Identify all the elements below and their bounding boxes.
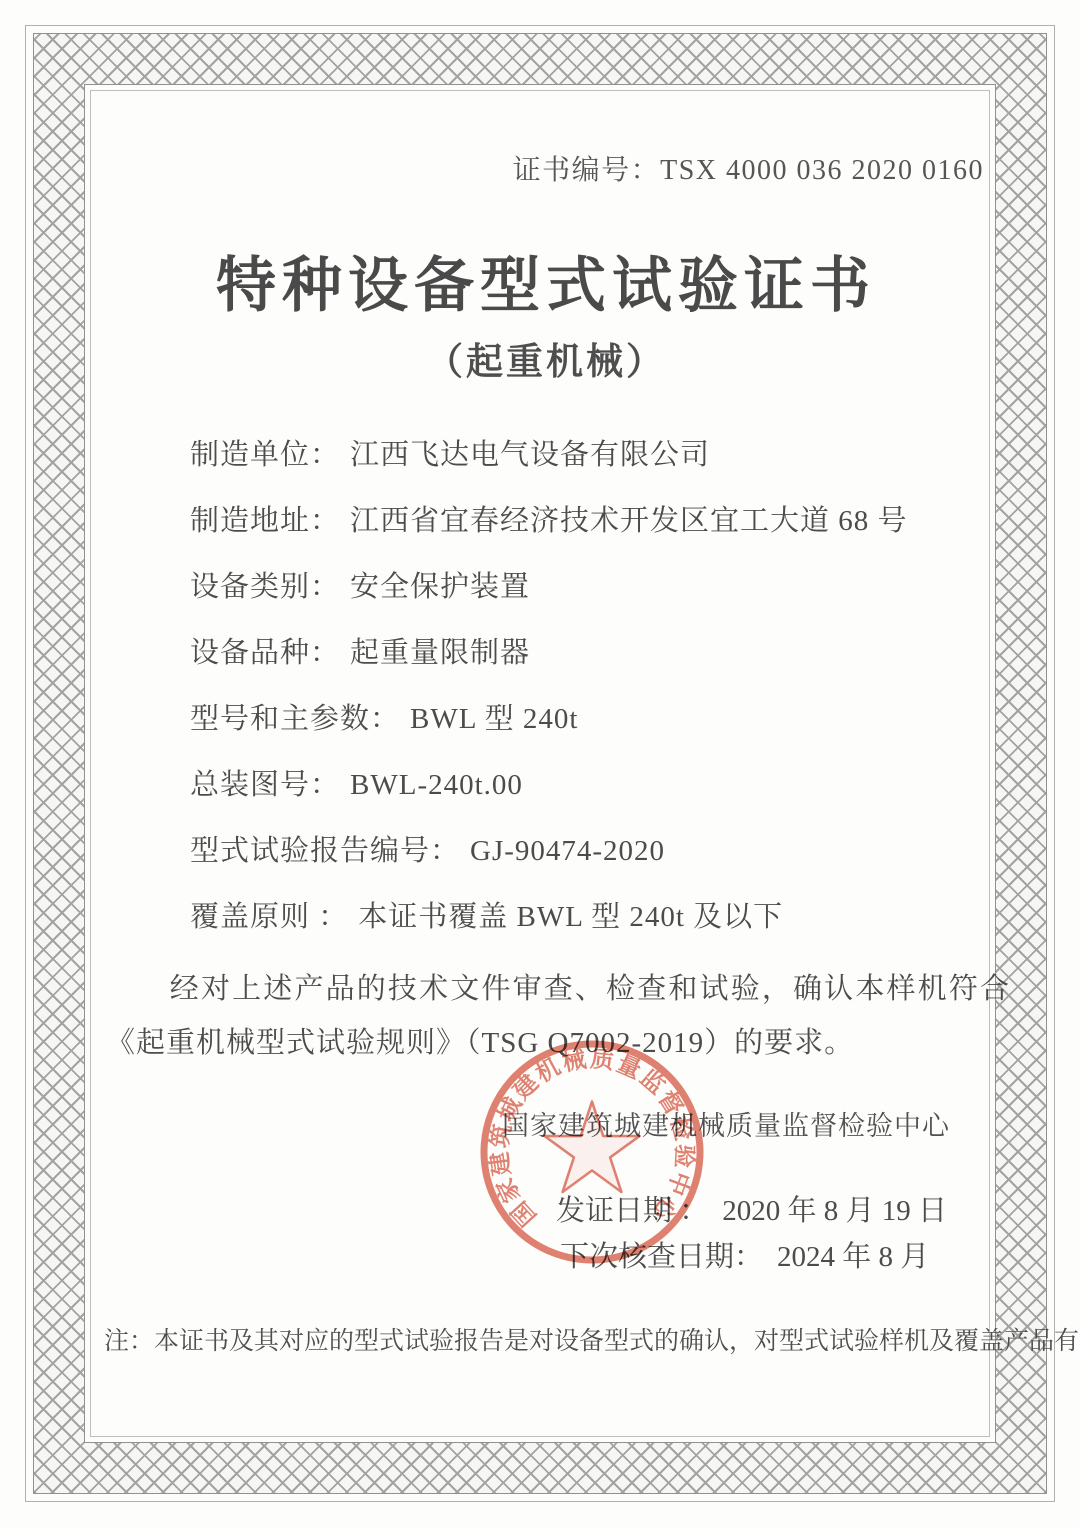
- issue-date-value: 2020 年 8 月 19 日: [722, 1195, 947, 1227]
- issue-date-line: 发证日期 ：2020 年 8 月 19 日: [556, 1188, 947, 1229]
- field-label: 设备品种：: [190, 637, 340, 669]
- field-value: BWL-240t.00: [350, 769, 523, 801]
- field-row-test-report-no: 型式试验报告编号：GJ-90474-2020: [190, 818, 908, 884]
- certificate-content: 证书编号：TSX 4000 036 2020 0160 特种设备型式试验证书 （…: [0, 0, 1080, 1527]
- certificate-fields: 制造单位：江西飞达电气设备有限公司 制造地址：江西省宜春经济技术开发区宜工大道 …: [190, 422, 908, 950]
- field-value: 起重量限制器: [350, 637, 530, 669]
- certificate-number-label: 证书编号：: [513, 155, 661, 186]
- field-row-address: 制造地址：江西省宜春经济技术开发区宜工大道 68 号: [190, 488, 908, 554]
- field-value: 江西飞达电气设备有限公司: [350, 439, 710, 471]
- field-value: 安全保护装置: [350, 571, 530, 603]
- field-value: 本证书覆盖 BWL 型 240t 及以下: [358, 901, 783, 933]
- issuer-name: 国家建筑城建机械质量监督检验中心: [502, 1104, 950, 1143]
- issue-date-label: 发证日期 ：: [556, 1195, 708, 1227]
- field-label: 覆盖原则 ：: [190, 901, 348, 933]
- field-label: 型号和主参数：: [190, 703, 400, 735]
- field-row-equipment-type: 设备品种：起重量限制器: [190, 620, 908, 686]
- footnote: 注：本证书及其对应的型式试验报告是对设备型式的确认，对型式试验样机及覆盖产品有效…: [104, 1321, 1080, 1357]
- field-value: GJ-90474-2020: [470, 835, 665, 867]
- certificate-subtitle: （起重机械）: [92, 331, 1000, 385]
- certificate-number-line: 证书编号：TSX 4000 036 2020 0160: [513, 148, 984, 188]
- field-label: 型式试验报告编号：: [190, 835, 460, 867]
- field-label: 制造单位：: [190, 439, 340, 471]
- field-row-coverage-principle: 覆盖原则 ：本证书覆盖 BWL 型 240t 及以下: [190, 884, 908, 950]
- review-date-value: 2024 年 8 月: [777, 1241, 929, 1273]
- conformity-statement: 经对上述产品的技术文件审查、检查和试验，确认本样机符合《起重机械型式试验规则》（…: [106, 962, 1010, 1070]
- field-label: 总装图号：: [190, 769, 340, 801]
- field-row-equipment-category: 设备类别：安全保护装置: [190, 554, 908, 620]
- field-row-manufacturer: 制造单位：江西飞达电气设备有限公司: [190, 422, 908, 488]
- field-row-assembly-drawing-no: 总装图号：BWL-240t.00: [190, 752, 908, 818]
- certificate-number-value: TSX 4000 036 2020 0160: [660, 155, 984, 186]
- field-label: 制造地址：: [190, 505, 340, 537]
- review-date-line: 下次核查日期：2024 年 8 月: [560, 1234, 929, 1275]
- field-value: BWL 型 240t: [410, 703, 578, 735]
- certificate-title: 特种设备型式试验证书: [92, 238, 1000, 324]
- field-label: 设备类别：: [190, 571, 340, 603]
- field-value: 江西省宜春经济技术开发区宜工大道 68 号: [350, 505, 908, 537]
- review-date-label: 下次核查日期：: [560, 1241, 763, 1273]
- certificate-page: 证书编号：TSX 4000 036 2020 0160 特种设备型式试验证书 （…: [0, 0, 1080, 1527]
- field-row-model-parameters: 型号和主参数：BWL 型 240t: [190, 686, 908, 752]
